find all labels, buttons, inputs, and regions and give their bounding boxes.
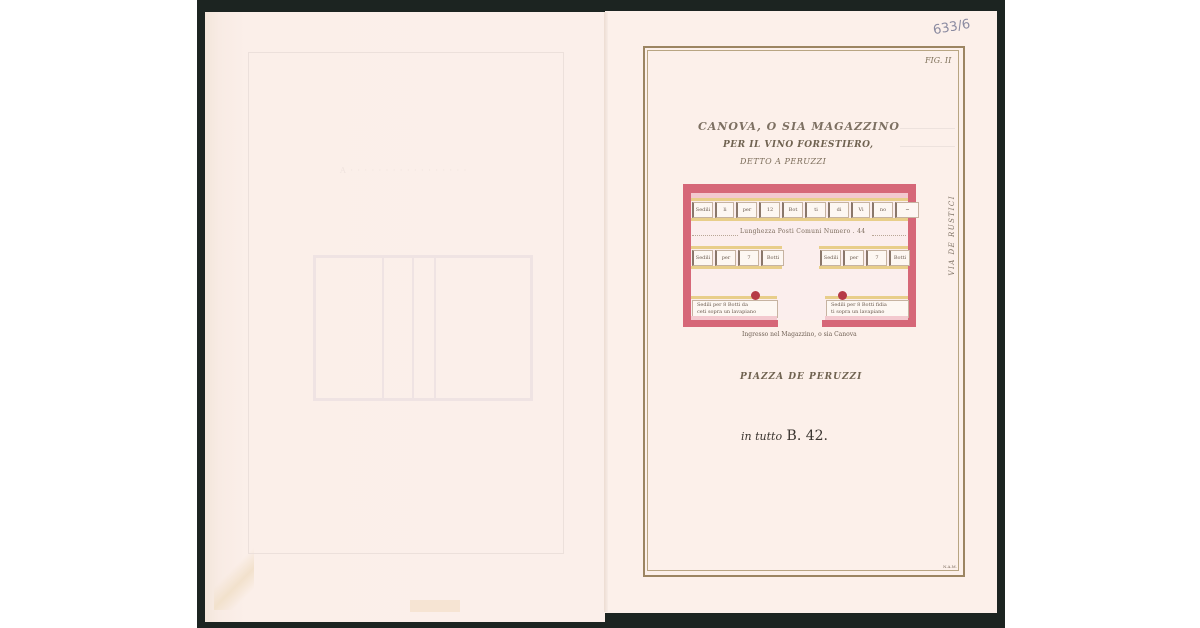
top-barrel-rack: Sedili li per 12 Bot ti di Vi no ~ — [692, 202, 919, 218]
title-line-1: CANOVA, O SIA MAGAZZINO — [698, 120, 900, 133]
rack-cell: per — [736, 202, 757, 218]
rack-cell: 7 — [866, 250, 887, 266]
rack-cell: Bot — [782, 202, 803, 218]
total-value: B. 42. — [787, 428, 828, 444]
rack-rail — [691, 246, 782, 249]
book-gutter — [604, 12, 608, 612]
title-line-3: DETTO A PERUZZI — [740, 157, 826, 166]
ghost-wall — [382, 258, 384, 398]
rack-rail — [691, 198, 908, 201]
rack-cell: per — [843, 250, 864, 266]
barrel-total: in tutto B. 42. — [741, 428, 828, 444]
rack-cell: no — [872, 202, 893, 218]
rack-cell: di — [828, 202, 849, 218]
rack-cell: Sedili — [692, 250, 713, 266]
wax-seal-marker — [751, 291, 760, 300]
entrance-label: Ingresso nel Magazzino, o sia Canova — [742, 331, 857, 338]
rack-cell: 12 — [759, 202, 780, 218]
aisle-dotted-line — [872, 235, 906, 236]
middle-right-barrel-rack: Sedili per 7 Botti — [820, 250, 910, 266]
rack-cell: ~ — [895, 202, 919, 218]
rack-cell: Sedili — [692, 202, 713, 218]
rack-cell: Vi — [851, 202, 870, 218]
ruled-line — [900, 146, 955, 147]
rack-cell: 7 — [738, 250, 759, 266]
author-initials: N.A.M. — [943, 564, 957, 569]
rack-rail — [819, 246, 908, 249]
ghost-wall — [434, 258, 436, 398]
rack-cell: per — [715, 250, 736, 266]
aisle-dotted-line — [692, 235, 738, 236]
figure-label: FIG. II — [925, 56, 951, 65]
rack-cell: ti — [805, 202, 826, 218]
rack-cell: Botti — [889, 250, 910, 266]
wax-seal-marker — [838, 291, 847, 300]
corner-fold — [214, 545, 254, 610]
paper-stain — [410, 600, 460, 612]
rack-cell: li — [715, 202, 734, 218]
ruled-line — [900, 128, 955, 129]
bleed-through-plan — [313, 255, 533, 401]
bleed-through-title: A · · · · · · · · · · · · · · · · · — [340, 166, 467, 175]
aisle-label: Lunghezza Posti Comuni Numero . 44 — [740, 228, 865, 235]
side-street-label: VIA DE RUSTICI — [948, 195, 960, 276]
rack-cell: Sedili — [820, 250, 841, 266]
lower-floor-band — [825, 316, 908, 320]
square-label: PIAZZA DE PERUZZI — [740, 372, 862, 382]
rack-rail — [691, 296, 777, 299]
rack-rail — [691, 218, 908, 221]
rack-rail — [691, 266, 782, 269]
total-prefix: in tutto — [741, 430, 782, 443]
entrance-doorway — [778, 320, 822, 328]
title-line-2: PER IL VINO FORESTIERO, — [723, 140, 874, 150]
rack-cell: Botti — [761, 250, 784, 266]
ghost-wall — [412, 258, 414, 398]
middle-left-barrel-rack: Sedili per 7 Botti — [692, 250, 784, 266]
rack-rail — [819, 266, 908, 269]
lower-floor-band — [691, 316, 777, 320]
